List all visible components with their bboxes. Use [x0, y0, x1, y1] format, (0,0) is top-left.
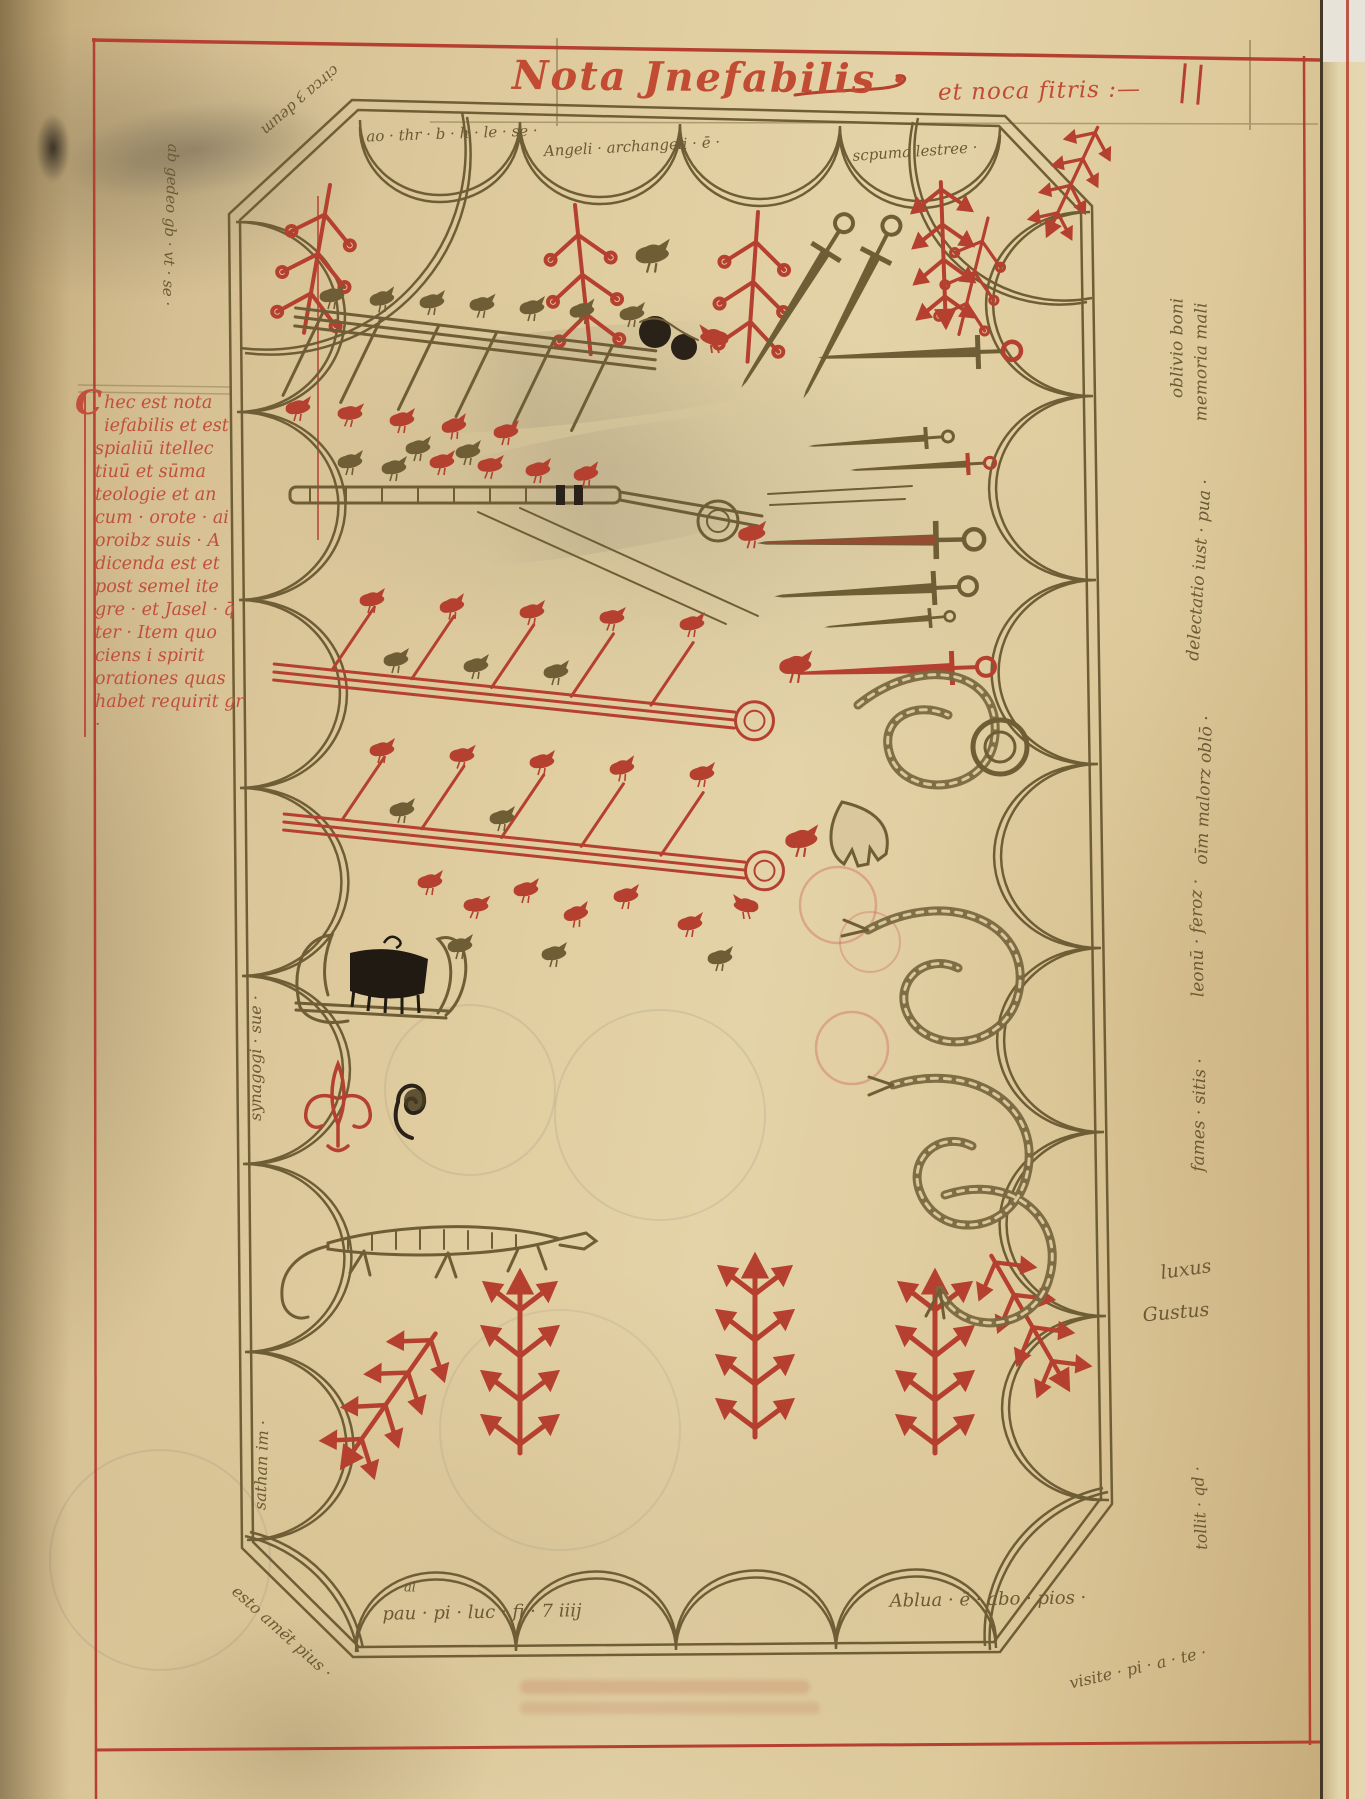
- sword-icon: [773, 569, 978, 614]
- fleur-de-lis: [306, 1064, 371, 1151]
- manuscript-drawing: [0, 0, 1365, 1799]
- right-label-fames: fames · sitis ·: [1191, 1058, 1210, 1172]
- red-rake-1: [272, 588, 812, 740]
- sword-icon: [756, 520, 984, 562]
- gloss-line: tiuū et sūma: [95, 461, 245, 484]
- marginal-gloss: C hec est nota iefabilis et est spialiū …: [84, 392, 245, 737]
- right-label-memoria: memoria mali: [1194, 303, 1211, 422]
- dagger-icon: [823, 606, 955, 637]
- scan-background-corner: [1323, 0, 1365, 62]
- sword-icon: [818, 334, 1022, 375]
- dark-knot: [639, 316, 698, 360]
- gloss-line: hec est nota: [95, 392, 245, 415]
- corner-note-top-left-vertical: ab gedeo gb · vt · se ·: [160, 144, 181, 307]
- next-folio-red-rule: [1346, 0, 1349, 1799]
- red-rake-2: [282, 738, 818, 890]
- gloss-line: teologie et an: [95, 484, 245, 507]
- gloss-line: orationes quas: [95, 668, 245, 691]
- lyre-comb: [296, 935, 466, 1022]
- glove-drawing: [831, 802, 887, 866]
- snail-curl: [396, 1086, 426, 1138]
- lizard: [282, 1227, 596, 1318]
- gloss-line: iefabilis et est: [95, 415, 245, 438]
- gloss-line: spialiū itellec: [95, 438, 245, 461]
- sword-icon: [727, 207, 863, 397]
- page-title: Nota Jnefabilis ·: [512, 52, 909, 103]
- gloss-line: oroibz suis · A: [95, 530, 245, 553]
- right-label-tollit: tollit · qd ·: [1190, 1466, 1210, 1550]
- branch-icon: [719, 1257, 791, 1437]
- page-title-suffix: et noca fitris :—: [938, 76, 1141, 106]
- gloss-line: dicenda est et: [95, 553, 245, 576]
- left-label-synagogi: synagogi · sue ·: [248, 995, 264, 1121]
- red-branch-ornaments: [268, 117, 1120, 1485]
- bottom-label-superscript: al: [404, 1582, 416, 1595]
- comb-icon: [350, 949, 428, 998]
- gloss-initial: C: [75, 390, 102, 416]
- bird-perch-rake-top: [282, 239, 729, 465]
- next-folio-edge: [1320, 0, 1365, 1799]
- left-label-sathan: sathan im ·: [252, 1420, 271, 1510]
- right-label-oblivio: oblivio boni: [1170, 298, 1187, 398]
- gloss-line: post semel ite: [95, 576, 245, 599]
- manuscript-page: Nota Jnefabilis · et noca fitris :— C he…: [0, 0, 1365, 1799]
- serpents: [831, 675, 1052, 1323]
- gloss-line: ter · Item quo: [95, 622, 245, 645]
- title-double-bar-mark: [1180, 63, 1202, 105]
- right-label-leonu: leonū · feroz ·: [1188, 879, 1207, 998]
- scattered-birds: [418, 870, 759, 971]
- dagger-icon: [850, 452, 996, 482]
- sword-icon: [788, 210, 910, 406]
- bottom-label-left: pau · pi · luc · fi · 7 iiij: [382, 1602, 582, 1623]
- bottom-label-right: Ablua · ē · abo · pios ·: [890, 1589, 1087, 1610]
- gloss-line: cum · orote · ai: [95, 507, 245, 530]
- branch-icon: [316, 1315, 462, 1485]
- branch-icon: [538, 201, 627, 358]
- branch-icon: [484, 1273, 556, 1453]
- gloss-line: ciens i spirit: [95, 645, 245, 668]
- gloss-line: gre · et Jasel · q̄: [95, 599, 245, 622]
- gloss-line: habet requirit gr ·: [95, 691, 245, 737]
- dagger-icon: [808, 425, 955, 457]
